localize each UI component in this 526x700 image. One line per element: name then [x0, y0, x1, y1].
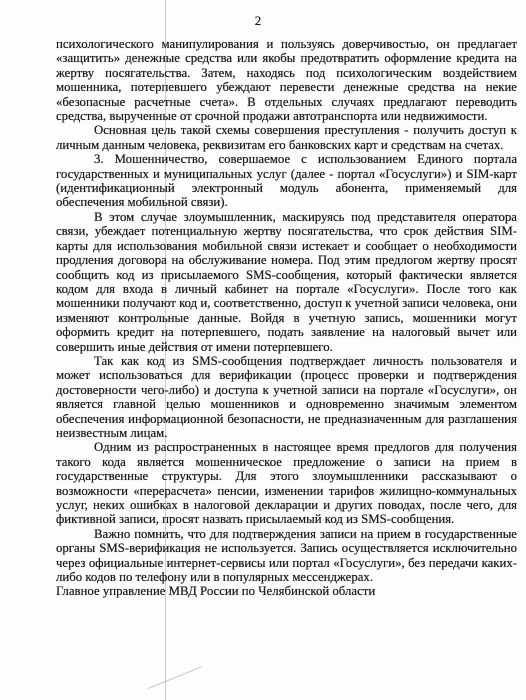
- scanned-document-page: 2 психологического манипулирования и пол…: [0, 0, 526, 700]
- paragraph-scheme-goal: Основная цель такой схемы совершения пре…: [56, 123, 517, 152]
- document-signature-mvd: Главное управление МВД России по Челябин…: [56, 584, 517, 598]
- paragraph-sim-expiry-pretext: В этом случае злоумышленник, маскируясь …: [56, 210, 517, 354]
- scan-scratch-mark: [148, 666, 202, 689]
- paragraph-item3-gosuslugi-sim-fraud: 3. Мошенничество, совершаемое с использо…: [56, 152, 517, 210]
- paragraph-sms-code-importance: Так как код из SMS-сообщения подтверждае…: [56, 354, 517, 440]
- page-number: 2: [0, 13, 516, 29]
- paragraph-continuation-fraud-scheme: психологического манипулирования и польз…: [56, 37, 517, 123]
- paragraph-important-reminder: Важно помнить, что для подтверждения зап…: [56, 527, 517, 585]
- document-body: психологического манипулирования и польз…: [56, 37, 517, 599]
- paragraph-appointment-pretext: Одним из распространенных в настоящее вр…: [56, 440, 517, 526]
